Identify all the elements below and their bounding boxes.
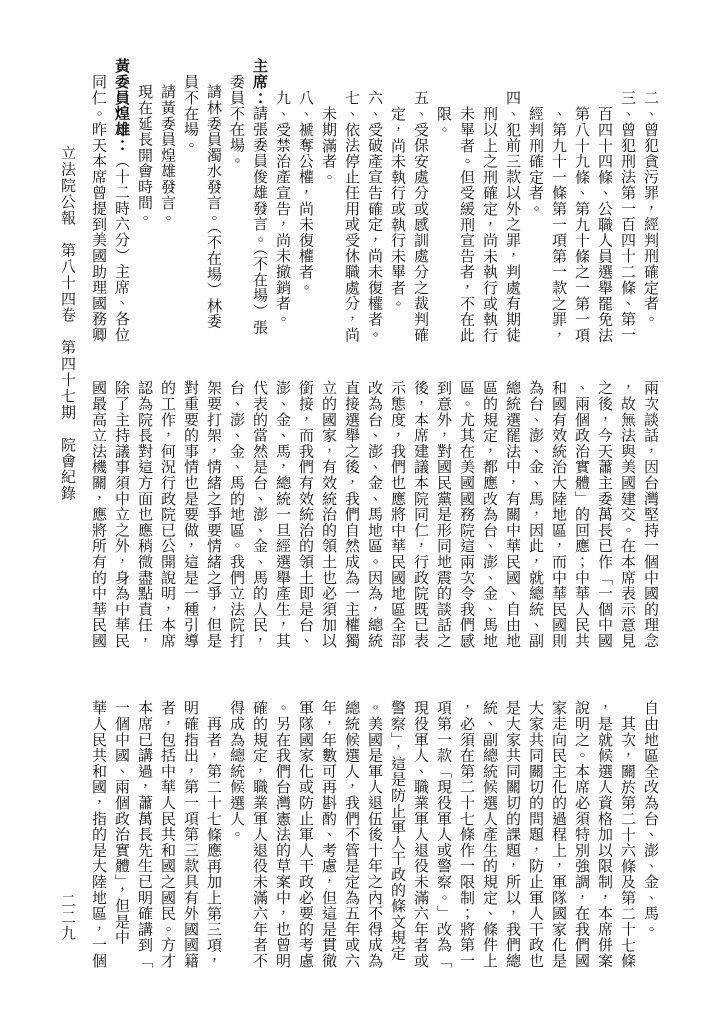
text-column: 區的規定，都應改為台、澎、金、馬地 [478,380,501,649]
text-column: 第八十九條、第九十條之一第一項 [570,58,593,343]
text-column: 限。 [432,58,455,343]
text-column: 、兩個政治實體」的回應；中華人民共 [570,380,593,649]
text-column: 代表的當然是台、澎、金、馬的人民， [248,380,271,649]
text-column: 之後，今天蕭主委萬長已作「一個中國 [593,380,616,649]
text-column: 家走向民主化的過程上，軍隊國家化是 [547,700,570,969]
text-column: 八、褫奪公權，尚未復權者。 [294,58,317,343]
text-column: 定，尚未執行或執行未畢者。 [386,58,409,343]
speaker-name: 主席： [251,58,269,105]
text-column: 得成為總統候選人。 [225,700,248,969]
text-column: 兩次談話，因台灣堅持一個中國的理念 [639,380,662,649]
text-column: 和國有效統治大陸地區，而中華民國則 [547,380,570,649]
text-column: 現在延長開會時間。 [133,58,156,343]
text-column: 五、受保安處分或感訓處分之裁判確 [409,58,432,343]
text-column: 、第九十一條第一項第一款之罪， [547,58,570,343]
text-column: 者，包括中華人民共和國之國民。方才 [156,700,179,969]
text-column: 改為台、澎、金、馬地區。因為，總統 [363,380,386,649]
text-column: 為台、澎、金、馬，因此，就總統、副 [524,380,547,649]
text-column: 國最高立法機關，應將所有的中華民國 [87,380,110,649]
text-column: 百四十四條、公職人員選舉罷免法 [593,58,616,343]
text-column: 請黃委員煌雄發言。 [156,58,179,343]
text-column: 華人民共和國，指的是大陸地區，一個 [87,700,110,969]
text-column: 委員不在場。 [225,58,248,343]
text-column: 總統候選人，我們不管是定為五年或六 [340,700,363,969]
text-column: 。另在我們台灣憲法的草案中，也曾明 [271,700,294,969]
text-column: 架要打架，情緒之爭要情緒之爭，但是 [202,380,225,649]
text-column: 年，年數可再斟酌、考慮，但這是貫徹 [317,700,340,969]
text-column: 四、犯前三款以外之罪，判處有期徒 [501,58,524,343]
text-column: 主席：請張委員俊雄發言。（不在場）張 [248,58,271,343]
text-column: 區。尤其在美國國務院這兩次令我們感 [455,380,478,649]
text-column: 統、副總統候選人產生的規定、條件上 [478,700,501,969]
text-column: 一個中國、兩個政治實體」，但是中 [110,700,133,969]
text-column: 確的規定，職業軍人退役未滿六年者不 [248,700,271,969]
text-column: 大家共同關切的問題，防止軍人干政也 [524,700,547,969]
text-column: 現役軍人、職業軍人退役未滿六年者或 [409,700,432,969]
text-column: 立的國家，有效統治的領土也必須加以 [317,380,340,649]
text-column: 說明之。本席必須特別強調，在我們國 [570,700,593,969]
text-column: 自由地區全改為台、澎、金、馬。 [639,700,662,969]
text-column: 總統選罷法中，有關中華民國、自由地 [501,380,524,649]
text-column: 台、澎、金、馬的地區。我們立法院打 [225,380,248,649]
text-column: 經判刑確定者。 [524,58,547,343]
text-column: 六、受破產宣告確定，尚未復權者。 [363,58,386,343]
text-column: 三、曾犯刑法第一百四十二條、第一 [616,58,639,343]
text-column: 的工作，何況行政院已公開說明，本席 [156,380,179,649]
text-column: 警察」，這是防止軍人干政的條文規定 [386,700,409,969]
text-column: 二、曾犯貪污罪，經判刑確定者。 [639,58,662,343]
text-column: 請林委員濁水發言。（不在場）林委 [202,58,225,343]
text-column: ，是就候選人資格加以限制，本席併案 [593,700,616,969]
text-column: 認為院長對這方面也應稍微盡點責任， [133,380,156,649]
text-column: 直接選舉之後，我們自然成為一主權獨 [340,380,363,649]
text-column: ，故無法與美國建交。在本席表示意見 [616,380,639,649]
text-band-bottom: 自由地區全改為台、澎、金、馬。其次，關於第二十六條及第二十七條，是就候選人資格加… [87,700,662,969]
text-column: 未畢者。但受緩刑宣告者，不在此 [455,58,478,343]
speaker-name: 黃委員煌雄： [113,58,131,153]
text-column: 。美國是軍人退伍後十年之內不得成為 [363,700,386,969]
text-column: 同仁。昨天本席曾提到美國助理國務卿 [87,58,110,343]
text-column: 對重要的事情也是要做，這是一種引導 [179,380,202,649]
text-column: 再者，第二十七條應再加上第三項， [202,700,225,969]
text-column: 示態度，我們也應將中華民國地區全部 [386,380,409,649]
text-band-top: 二、曾犯貪污罪，經判刑確定者。三、曾犯刑法第一百四十二條、第一百四十四條、公職人… [87,58,662,343]
text-column: 刑以上之刑確定，尚未執行或執行 [478,58,501,343]
text-column: 七、依法停止任用或受休職處分，尚 [340,58,363,343]
text-column: 員不在場。 [179,58,202,343]
text-column: 到意外，對國民黨是形同地震的談話之 [432,380,455,649]
text-column: 明確指出，第一項第三款具有外國國籍 [179,700,202,969]
text-column: 澎、金、馬，總統一旦經選舉產生，其 [271,380,294,649]
text-column: 銜接，而我們有效統治的領土即是台、 [294,380,317,649]
journal-header: 立法院公報 第八十四卷 第四十七期 院會紀錄 [58,145,78,501]
text-column: ，必須在第二十七條作一限制；將第一 [455,700,478,969]
gazette-page: 二、曾犯貪污罪，經判刑確定者。三、曾犯刑法第一百四十二條、第一百四十四條、公職人… [0,0,726,1024]
text-column: 黃委員煌雄：（十二時六分）主席、各位 [110,58,133,343]
text-column: 是大家共同關切的課題，所以，我們總 [501,700,524,969]
text-column: 項第一款「現役軍人或警察。」改為「 [432,700,455,969]
text-column: 後，本席建議本院同仁，行政院既已表 [409,380,432,649]
text-column: 其次，關於第二十六條及第二十七條 [616,700,639,969]
text-column: 本席已講過，蕭萬長先生已明確講到「 [133,700,156,969]
text-column: 未期滿者。 [317,58,340,343]
text-band-middle: 兩次談話，因台灣堅持一個中國的理念，故無法與美國建交。在本席表示意見之後，今天蕭… [87,380,662,649]
page-number: 二二九 [58,893,78,942]
text-column: 軍隊國家化或防止軍人干政必要的考慮 [294,700,317,969]
text-column: 九、受禁治產宣告，尚未撤銷者。 [271,58,294,343]
text-column: 除了主持議事須中立之外，身為中華民 [110,380,133,649]
